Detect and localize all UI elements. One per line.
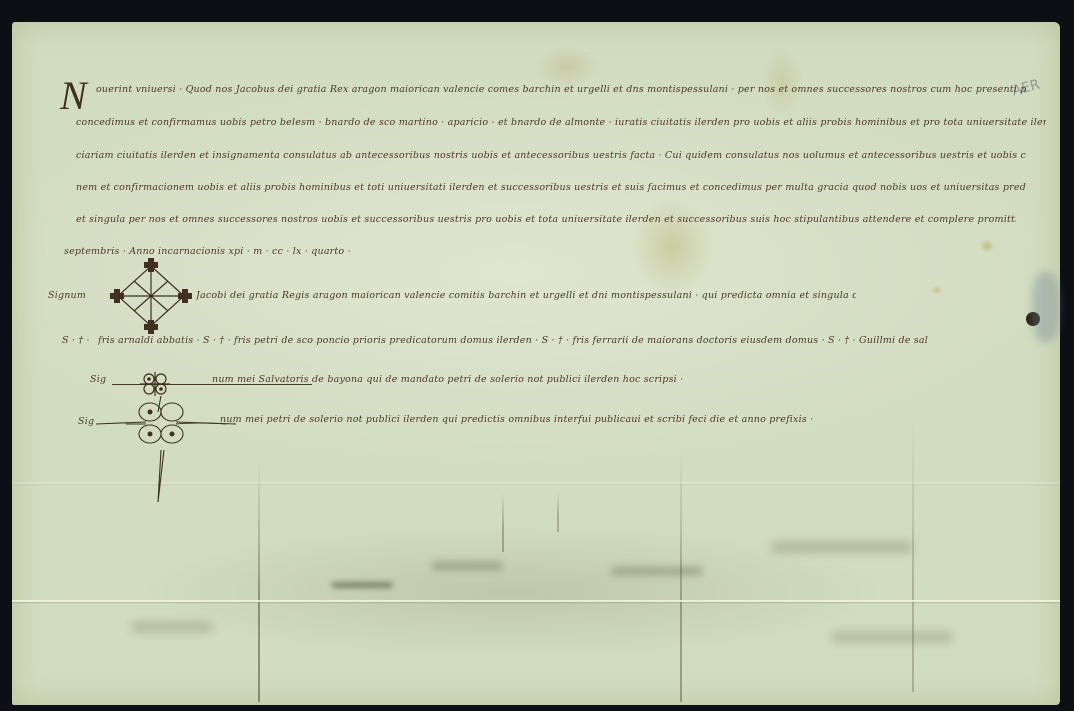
witness-label: S · † · — [62, 335, 90, 346]
text-line: fris arnaldi abbatis · S · † · fris petr… — [98, 335, 928, 346]
mold-spot — [432, 562, 502, 570]
decorated-initial: N — [60, 72, 87, 119]
signum-label: Signum — [48, 290, 86, 301]
fold-crease — [557, 492, 559, 532]
text-line: num mei Salvatoris de bayona qui de mand… — [212, 374, 683, 385]
mold-spot — [332, 582, 392, 588]
mold-spot — [132, 622, 212, 632]
text-line: ciariam ciuitatis ilerden et insignament… — [76, 150, 1026, 161]
fold-crease — [502, 492, 504, 552]
text-line: ouerint vniuersi · Quod nos Jacobus dei … — [96, 84, 1026, 95]
text-line: num mei petri de solerio not publici ile… — [220, 414, 980, 425]
fold-crease — [680, 452, 682, 702]
blue-smudge — [1032, 272, 1060, 342]
royal-cross-signum-icon — [108, 258, 194, 334]
text-line: Jacobi dei gratia Regis aragon maiorican… — [196, 290, 856, 301]
mold-spot — [772, 542, 912, 552]
notary-knot-signum-icon — [140, 372, 170, 396]
fold-crease — [258, 462, 260, 702]
fold-crease — [12, 600, 1060, 602]
fold-crease — [912, 422, 914, 692]
parchment-sheet: AER N ouerint vniuersi · Quod nos Jacobu… — [12, 22, 1060, 705]
text-line: et singula per nos et omnes successores … — [76, 214, 1016, 225]
mold-spot — [832, 632, 952, 642]
signum-label: Sig — [90, 374, 106, 385]
text-line: septembris · Anno incarnacionis xpi · m … — [64, 246, 351, 257]
text-line: nem et confirmacionem uobis et aliis pro… — [76, 182, 1026, 193]
text-line: concedimus et confirmamus uobis petro be… — [76, 117, 1046, 128]
notary-knot-signum-large-icon — [86, 394, 236, 504]
mold-spot — [612, 567, 702, 575]
